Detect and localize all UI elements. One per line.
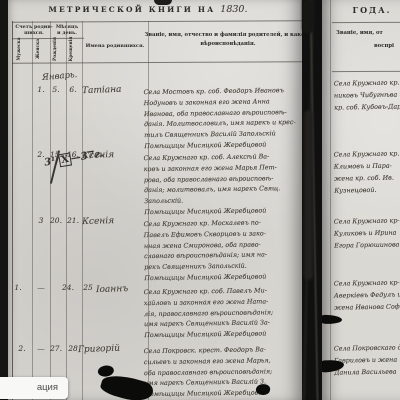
female-count: 3 <box>34 216 48 225</box>
female-count: 1. <box>34 85 48 94</box>
parents-header-line1: Званіе, имя, отчество и фамилія родителе… <box>142 31 302 40</box>
birth-day: 20. <box>48 216 64 225</box>
title-year: 1830. <box>220 4 247 15</box>
birth-day: 15. <box>48 150 64 159</box>
parents-entry: Села Кружнаго кр. соб. Алексѣй Ва- ковъ … <box>144 151 302 218</box>
female-count: — <box>34 344 48 353</box>
entry-line: кр. соб. Кубовъ-Дар. <box>334 100 400 113</box>
birth-day: 5. <box>48 85 64 94</box>
godparents-header-line2: воспрі <box>374 43 394 49</box>
birth-day: 27. <box>48 344 64 353</box>
baptism-subcolumn-label: Крещенія <box>69 35 79 63</box>
names-column-header: Имена родившихся. <box>84 43 146 49</box>
navigation-tooltip[interactable]: ация <box>0 377 68 399</box>
baptism-day: 21. <box>65 216 81 225</box>
ink-blot <box>322 315 342 325</box>
male-subcolumn-label: Мужеска <box>17 35 27 63</box>
left-page: МЕТРИЧЕСКОЙ КНИГИ НА 1830. Счетъ родив- … <box>8 0 302 400</box>
column-rule <box>12 21 13 400</box>
child-name: Григорій <box>78 343 142 355</box>
parents-entry: Села Кружнаго кр. Москалевъ по- Павелъ Е… <box>144 217 302 284</box>
torn-mark <box>154 0 172 5</box>
entry-line: Помѣщицы Мисяцкой Жеребцовой <box>144 328 302 341</box>
godparents-entry: Села Покровскаго д. Гавриловъ и жена Дан… <box>334 341 400 378</box>
birth-day: 24. <box>60 283 76 292</box>
female-count: — <box>34 283 48 292</box>
child-name: Ксенія <box>82 149 146 161</box>
entry-line: Помѣщицы Мисяцкой Жеребцовой <box>144 139 302 152</box>
entry-line: жена Иванова Соф. <box>334 300 400 313</box>
book-binding <box>298 0 324 400</box>
entry-line: Помѣщицы Мисяцкой Жеребцовой <box>144 271 302 284</box>
godparents-entry: Села Кружнаго кр. никовъ Чибугнѣва и кр.… <box>334 76 400 113</box>
baptism-day: 6. <box>65 85 81 94</box>
child-name: Татіана <box>82 84 146 96</box>
scan-edge <box>0 0 8 400</box>
entry-line: жена кр. соб. Ив. <box>334 171 400 184</box>
male-count: 2. <box>14 344 30 353</box>
binding-shadow <box>304 110 313 280</box>
parents-column-header: Званіе, имя, отчество и фамилія родителе… <box>142 31 302 48</box>
binding-shadow <box>302 0 314 34</box>
godparents-entry: Села Кружнаго кр-нъ Куликовъ и Ирина Его… <box>334 214 400 251</box>
document-scan[interactable]: МЕТРИЧЕСКОЙ КНИГИ НА 1830. Счетъ родив- … <box>0 0 400 400</box>
table-top-rule <box>332 22 400 23</box>
entry-line: Помѣщицы Мисяцкой Жеребцовой <box>144 387 302 400</box>
title-text: МЕТРИЧЕСКОЙ КНИГИ НА <box>49 5 216 14</box>
ink-blot-tail <box>97 364 114 377</box>
column-rule <box>32 21 33 400</box>
tooltip-label: ация <box>37 382 58 393</box>
female-count: 2. <box>34 150 48 159</box>
page-title-year: ГОДА. <box>346 5 398 15</box>
godparents-entry: Села Кружнаго кр. с. Климовъ и Пара- жен… <box>334 147 400 196</box>
parents-entry: Села Покровск. крест. Феодоръ Ва- сильев… <box>144 344 302 400</box>
baptism-day: 25 <box>80 283 96 292</box>
month-note: Январь. <box>42 67 113 83</box>
entry-line: Помѣщицы Мисяцкой Жеребцовой <box>144 205 302 218</box>
table-top-rule <box>12 20 302 23</box>
birth-subcolumn-label: Рожденія <box>53 35 63 63</box>
parents-header-line2: вѣроисповѣданія. <box>142 40 302 49</box>
godparents-header-line1: Званіе, имя, от <box>336 30 383 36</box>
entry-line: Егора Горюшинова <box>334 238 400 251</box>
page-title: МЕТРИЧЕСКОЙ КНИГИ НА 1830. <box>28 4 268 15</box>
entry-line: Села Мостовъ кр. соб. Феодоръ Ивановъ <box>144 85 302 98</box>
entry-line: Кузнецовой. <box>334 183 400 196</box>
child-name: Ксенія <box>82 215 146 227</box>
godparents-entry: Села Кружнаго кр-нъ Аверкіевъ Федулъ и ж… <box>334 276 400 313</box>
baptism-day: 16. <box>65 150 81 159</box>
header-bottom-rule <box>332 71 400 72</box>
female-subcolumn-label: Женска <box>36 35 46 63</box>
male-count: 1. <box>10 283 26 292</box>
margin-rule <box>330 0 331 400</box>
parents-entry: Села Кружнаго кр. соб. Павелъ Ми- хайлов… <box>144 285 302 341</box>
parents-entry: Села Мостовъ кр. соб. Феодоръ Ивановъ Но… <box>144 85 302 152</box>
right-page: ГОДА. Званіе, имя, от воспрі Села Кружна… <box>322 0 400 400</box>
entry-line: Данила Васильева <box>334 365 400 378</box>
